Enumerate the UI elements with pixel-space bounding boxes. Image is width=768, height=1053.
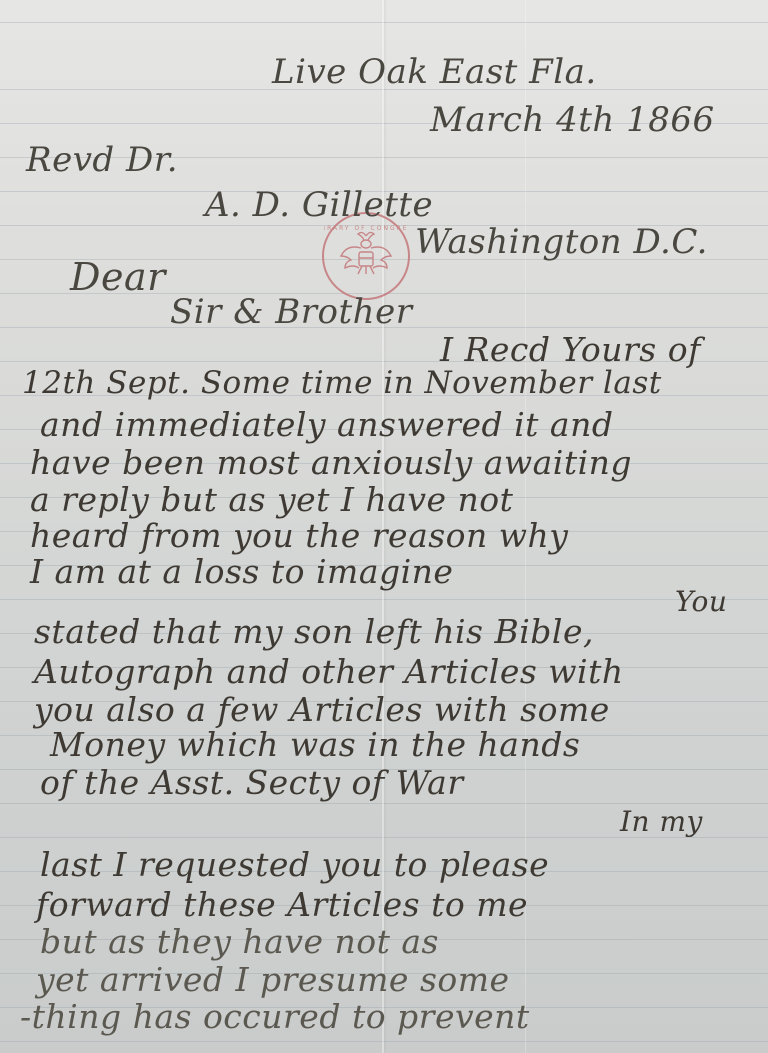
body-line: I Recd Yours of — [440, 330, 701, 369]
body-line: I am at a loss to imagine — [30, 552, 453, 591]
letter-page: LIBRARY OF CONGRESS Live Oak East Fla. M… — [0, 0, 768, 1053]
body-line: You — [675, 585, 727, 618]
library-of-congress-stamp: LIBRARY OF CONGRESS — [322, 212, 410, 300]
body-line: yet arrived I presume some — [36, 960, 510, 999]
body-line: but as they have not as — [40, 922, 439, 961]
body-line: Money which was in the hands — [50, 725, 580, 764]
body-line: of the Asst. Secty of War — [40, 763, 464, 802]
body-line: stated that my son left his Bible, — [34, 612, 594, 651]
body-line: Autograph and other Articles with — [34, 652, 624, 691]
addressee-name: A. D. Gillette — [205, 185, 433, 225]
body-line: -thing has occured to prevent — [20, 997, 530, 1036]
body-line: a reply but as yet I have not — [30, 480, 513, 519]
body-line: have been most anxiously awaiting — [30, 443, 632, 482]
eagle-seal-icon: LIBRARY OF CONGRESS — [324, 214, 408, 298]
body-line: last I requested you to please — [40, 845, 549, 884]
addressee-location: Washington D.C. — [415, 222, 708, 262]
body-line: you also a few Articles with some — [34, 690, 610, 729]
salutation-prefix: Revd Dr. — [26, 140, 178, 180]
body-line: In my — [620, 805, 703, 838]
letter-date: March 4th 1866 — [430, 100, 715, 140]
body-line: heard from you the reason why — [30, 516, 568, 555]
svg-text:LIBRARY OF CONGRESS: LIBRARY OF CONGRESS — [324, 225, 408, 232]
greeting-dear: Dear — [70, 255, 166, 299]
body-line: and immediately answered it and — [40, 405, 613, 444]
body-line: 12th Sept. Some time in November last — [22, 365, 662, 401]
body-line: forward these Articles to me — [36, 885, 528, 924]
greeting-sir-brother: Sir & Brother — [170, 292, 412, 332]
letter-place: Live Oak East Fla. — [272, 52, 597, 92]
